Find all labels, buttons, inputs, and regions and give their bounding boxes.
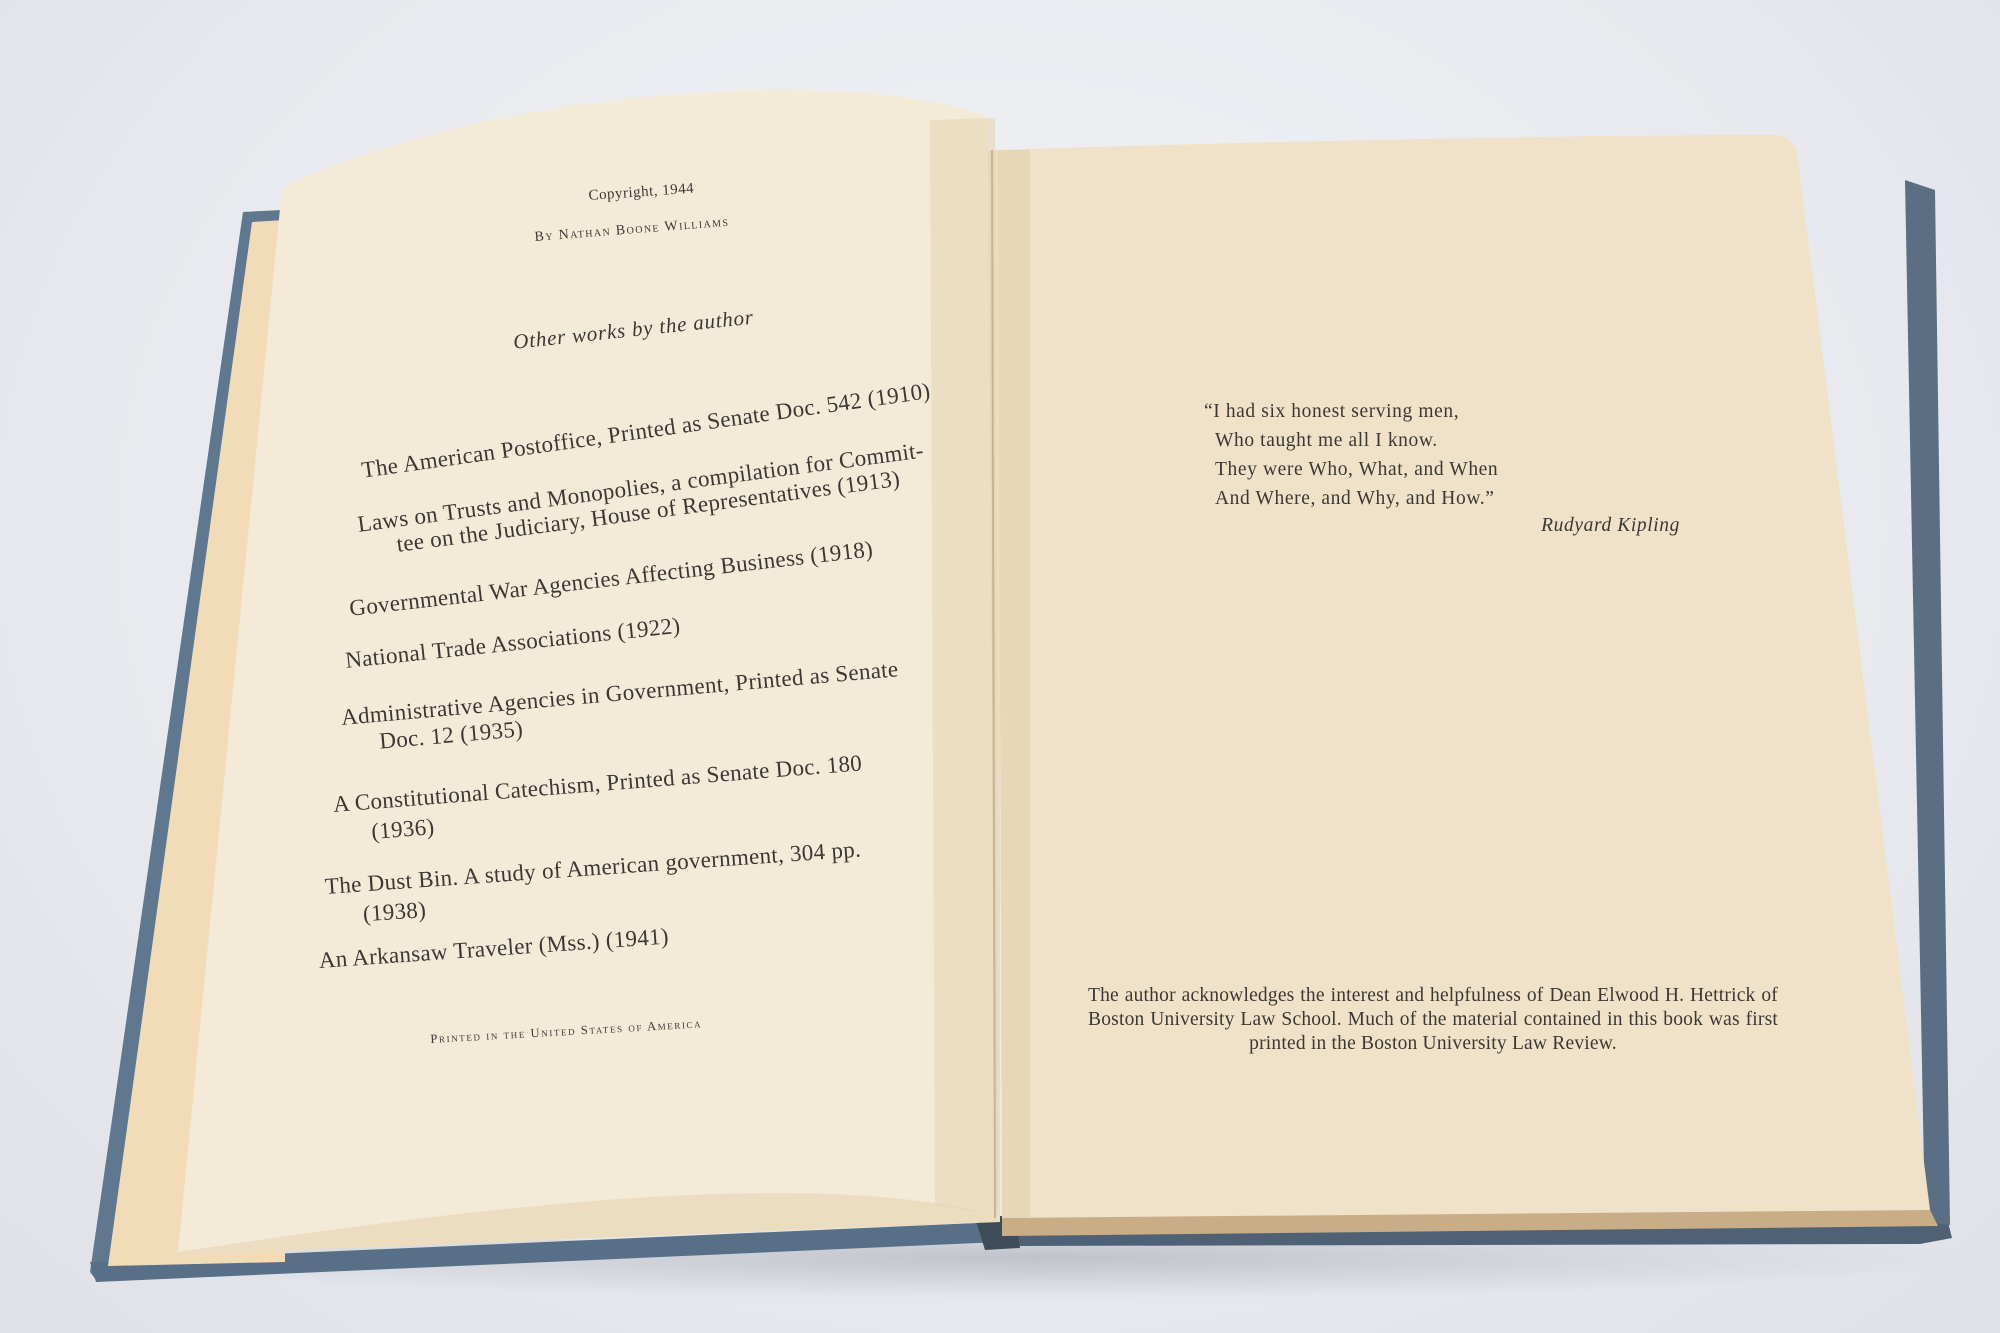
epigraph: “I had six honest serving men, Who taugh… (1204, 397, 1680, 540)
work-item: A Constitutional Catechism, Printed as S… (332, 748, 866, 849)
epigraph-line: Who taught me all I know. (1204, 426, 1680, 455)
other-works-heading: Other works by the author (512, 305, 755, 355)
acknowledgment-paragraph: The author acknowledges the interest and… (1088, 984, 1778, 1056)
work-item: Administrative Agencies in Government, P… (340, 655, 902, 758)
epigraph-line: “I had six honest serving men, (1204, 397, 1680, 426)
work-item: The Dust Bin. A study of American govern… (324, 835, 864, 932)
work-title: An Arkansaw Traveler (Mss.) (1941) (318, 924, 670, 973)
photo-scene: Copyright, 1944 By Nathan Boone Williams… (0, 0, 2000, 1333)
epigraph-line: They were Who, What, and When (1204, 455, 1680, 484)
epigraph-line: And Where, and Why, and How.” (1204, 484, 1680, 513)
text-layer: Copyright, 1944 By Nathan Boone Williams… (0, 0, 2000, 1333)
work-item: National Trade Associations (1922) (344, 613, 682, 674)
copyright-notice: Copyright, 1944 (588, 181, 695, 205)
author-byline: By Nathan Boone Williams (534, 215, 730, 246)
epigraph-attribution: Rudyard Kipling (1204, 511, 1680, 540)
printed-in-notice: Printed in the United States of America (430, 1016, 703, 1047)
work-title: National Trade Associations (1922) (344, 613, 681, 673)
work-item: An Arkansaw Traveler (Mss.) (1941) (318, 924, 670, 974)
